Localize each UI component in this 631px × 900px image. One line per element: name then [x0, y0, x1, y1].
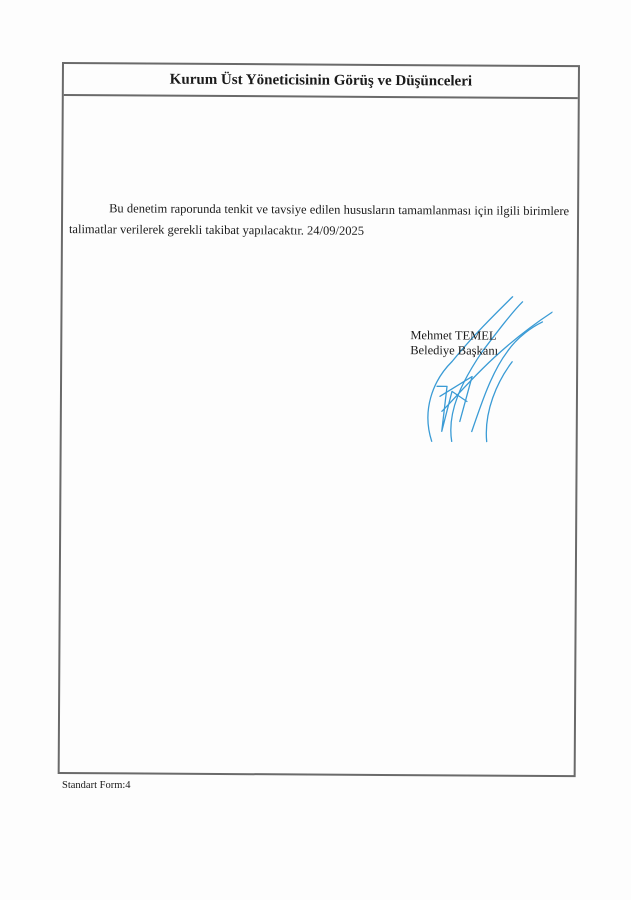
form-header: Kurum Üst Yöneticisinin Görüş ve Düşünce…	[64, 64, 578, 99]
form-box: Kurum Üst Yöneticisinin Görüş ve Düşünce…	[58, 62, 580, 777]
signature-icon	[412, 291, 553, 452]
opinion-paragraph: Bu denetim raporunda tenkit ve tavsiye e…	[69, 198, 569, 243]
form-title: Kurum Üst Yöneticisinin Görüş ve Düşünce…	[170, 71, 472, 90]
signatory-name: Mehmet TEMEL	[410, 328, 498, 344]
form-number-label: Standart Form:4	[62, 780, 131, 791]
signature-block: Mehmet TEMEL Belediye Başkanı	[410, 328, 498, 359]
signatory-title: Belediye Başkanı	[410, 343, 498, 359]
